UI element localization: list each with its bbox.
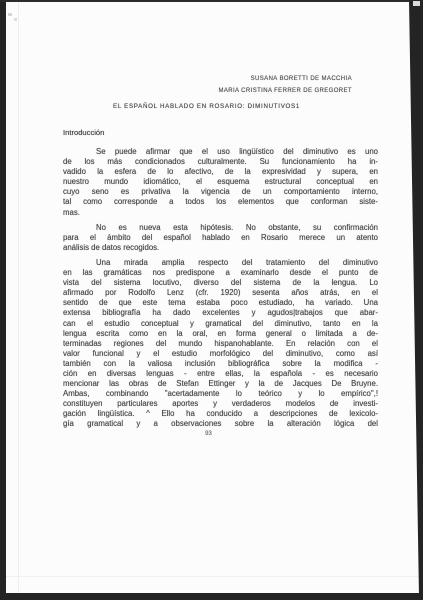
- section-heading: Introducción: [63, 128, 104, 137]
- text-line: afirmado por Rodolfo Lenz (cfr. 1920) se…: [63, 288, 378, 298]
- text-line: mas.: [63, 208, 378, 218]
- text-line: terminadas regiones del mundo hispanohab…: [63, 339, 378, 349]
- text-line: Una mirada amplia respecto del tratamien…: [63, 258, 378, 268]
- scan-speck: [8, 13, 12, 16]
- text-line: tal como corresponde a todos los element…: [63, 197, 378, 207]
- page-number: 93: [0, 431, 417, 437]
- text-line: extensa bibliografía ha dado excelentes …: [63, 308, 378, 318]
- paragraph: No es nueva esta hipótesis. No obstante,…: [63, 223, 378, 253]
- scan-edge-bottom: [0, 593, 423, 600]
- scan-notch: [413, 1, 420, 6]
- scan-speck: [14, 18, 17, 21]
- text-line: No es nueva esta hipótesis. No obstante,…: [63, 223, 378, 233]
- text-line: constituyen particulares aportes y verda…: [63, 399, 378, 409]
- text-line: gación lingüística. ^ Ello ha conducido …: [63, 409, 378, 419]
- text-line: cuyo seno es privativa la vigencia de un…: [63, 187, 378, 197]
- scan-edge-top: [0, 0, 423, 2]
- text-line: lengua escrita como en la oral, en forma…: [63, 329, 378, 339]
- text-line: gía gramatical y a observaciones sobre l…: [63, 419, 378, 429]
- text-line: vista del sistema locutivo, diverso del …: [63, 278, 378, 288]
- text-line: vadido la esfera de lo afectivo, de la e…: [63, 167, 378, 177]
- scan-edge-left: [0, 0, 6, 600]
- scan-edge-right: [409, 0, 423, 593]
- author-line: SUSANA BORETTI DE MACCHIA: [0, 73, 352, 85]
- author-line: MARIA CRISTINA FERRER DE GREGORET: [0, 85, 352, 97]
- text-line: sentido de que este tema estaba poco est…: [63, 298, 378, 308]
- paper-title: EL ESPAÑOL HABLADO EN ROSARIO: DIMINUTIV…: [113, 103, 300, 110]
- text-line: de los más condicionados culturalmente. …: [63, 157, 378, 167]
- paragraph: Una mirada amplia respecto del tratamien…: [63, 258, 378, 430]
- scan-line-horizontal: [6, 576, 423, 577]
- text-line: Se puede afirmar que el uso lingüístico …: [63, 147, 378, 157]
- text-line: Ambas, combinando "acertadamente lo teór…: [63, 389, 378, 399]
- text-line: mencionar las obras de Stefan Ettinger y…: [63, 379, 378, 389]
- text-line: can el estudio conceptual y gramatical d…: [63, 319, 378, 329]
- body-text: Se puede afirmar que el uso lingüístico …: [63, 147, 378, 435]
- text-line: nuestro mundo idiomático, el esquema est…: [63, 177, 378, 187]
- text-line: para el ámbito del español hablado en Ro…: [63, 233, 378, 243]
- text-line: en las gramáticas nos predispone a exami…: [63, 268, 378, 278]
- text-line: análisis de datos recogidos.: [63, 243, 378, 253]
- author-block: SUSANA BORETTI DE MACCHIA MARIA CRISTINA…: [0, 73, 352, 97]
- scanned-page: SUSANA BORETTI DE MACCHIA MARIA CRISTINA…: [0, 0, 423, 600]
- paragraph: Se puede afirmar que el uso lingüístico …: [63, 147, 378, 218]
- text-line: también con la valiosa inclusión bibliog…: [63, 359, 378, 369]
- text-line: valor funcional y el estudio morfológico…: [63, 349, 378, 359]
- text-line: ción en diversas lenguas - entre ellas, …: [63, 369, 378, 379]
